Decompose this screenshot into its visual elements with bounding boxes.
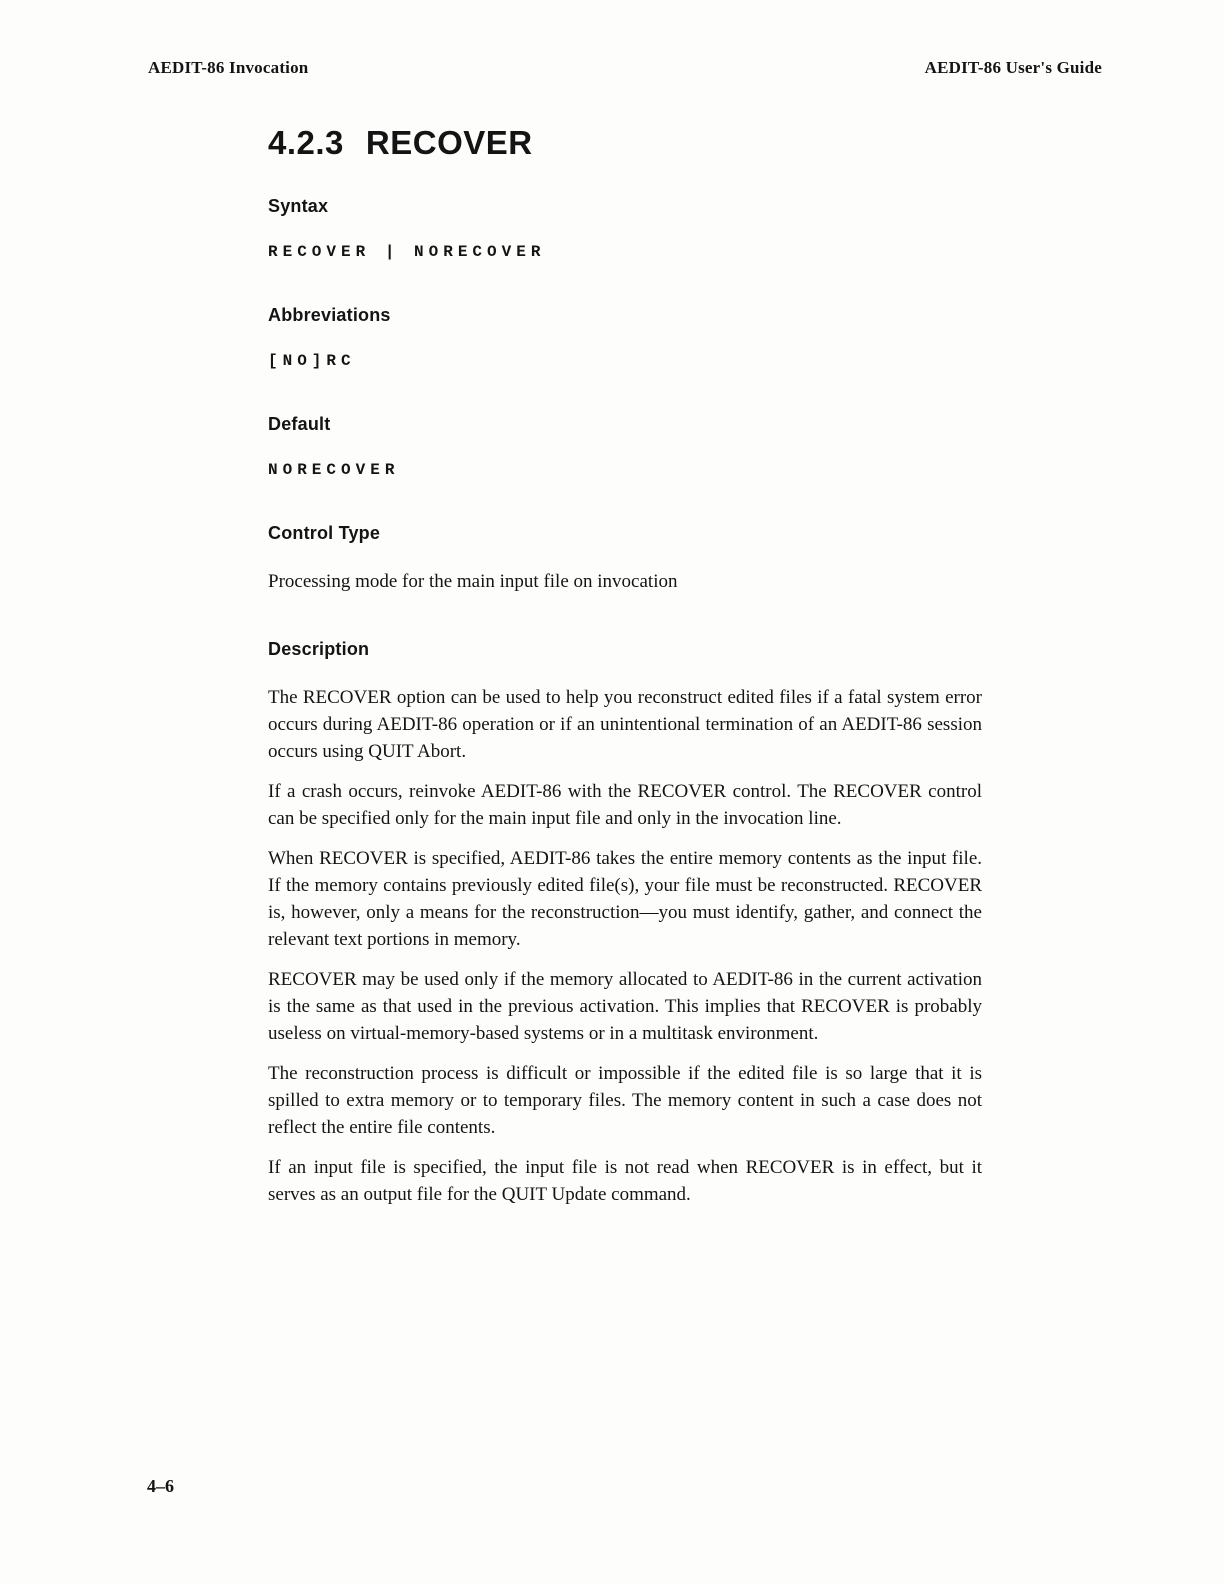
description-paragraph: RECOVER may be used only if the memory a… xyxy=(268,966,982,1047)
section-number: 4.2.3 xyxy=(268,124,344,161)
page-content: 4.2.3RECOVER Syntax RECOVER | NORECOVER … xyxy=(268,124,982,1208)
description-paragraph: If a crash occurs, reinvoke AEDIT-86 wit… xyxy=(268,778,982,832)
description-paragraph: The reconstruction process is difficult … xyxy=(268,1060,982,1141)
description-paragraph: If an input file is specified, the input… xyxy=(268,1154,982,1208)
running-header: AEDIT-86 Invocation AEDIT-86 User's Guid… xyxy=(0,0,1224,78)
header-right-title: AEDIT-86 User's Guide xyxy=(925,58,1102,78)
section-name: RECOVER xyxy=(366,124,533,161)
page-number: 4–6 xyxy=(147,1476,174,1497)
description-paragraph: The RECOVER option can be used to help y… xyxy=(268,684,982,765)
default-heading: Default xyxy=(268,414,982,435)
abbreviations-heading: Abbreviations xyxy=(268,305,982,326)
control-type-heading: Control Type xyxy=(268,523,982,544)
description-heading: Description xyxy=(268,639,982,660)
syntax-code: RECOVER | NORECOVER xyxy=(268,243,982,261)
control-type-text: Processing mode for the main input file … xyxy=(268,568,982,595)
header-left-title: AEDIT-86 Invocation xyxy=(148,58,308,78)
default-code: NORECOVER xyxy=(268,461,982,479)
syntax-heading: Syntax xyxy=(268,196,982,217)
abbreviations-code: [NO]RC xyxy=(268,352,982,370)
description-paragraph: When RECOVER is specified, AEDIT-86 take… xyxy=(268,845,982,953)
section-title: 4.2.3RECOVER xyxy=(268,124,982,162)
document-page: AEDIT-86 Invocation AEDIT-86 User's Guid… xyxy=(0,0,1224,1584)
